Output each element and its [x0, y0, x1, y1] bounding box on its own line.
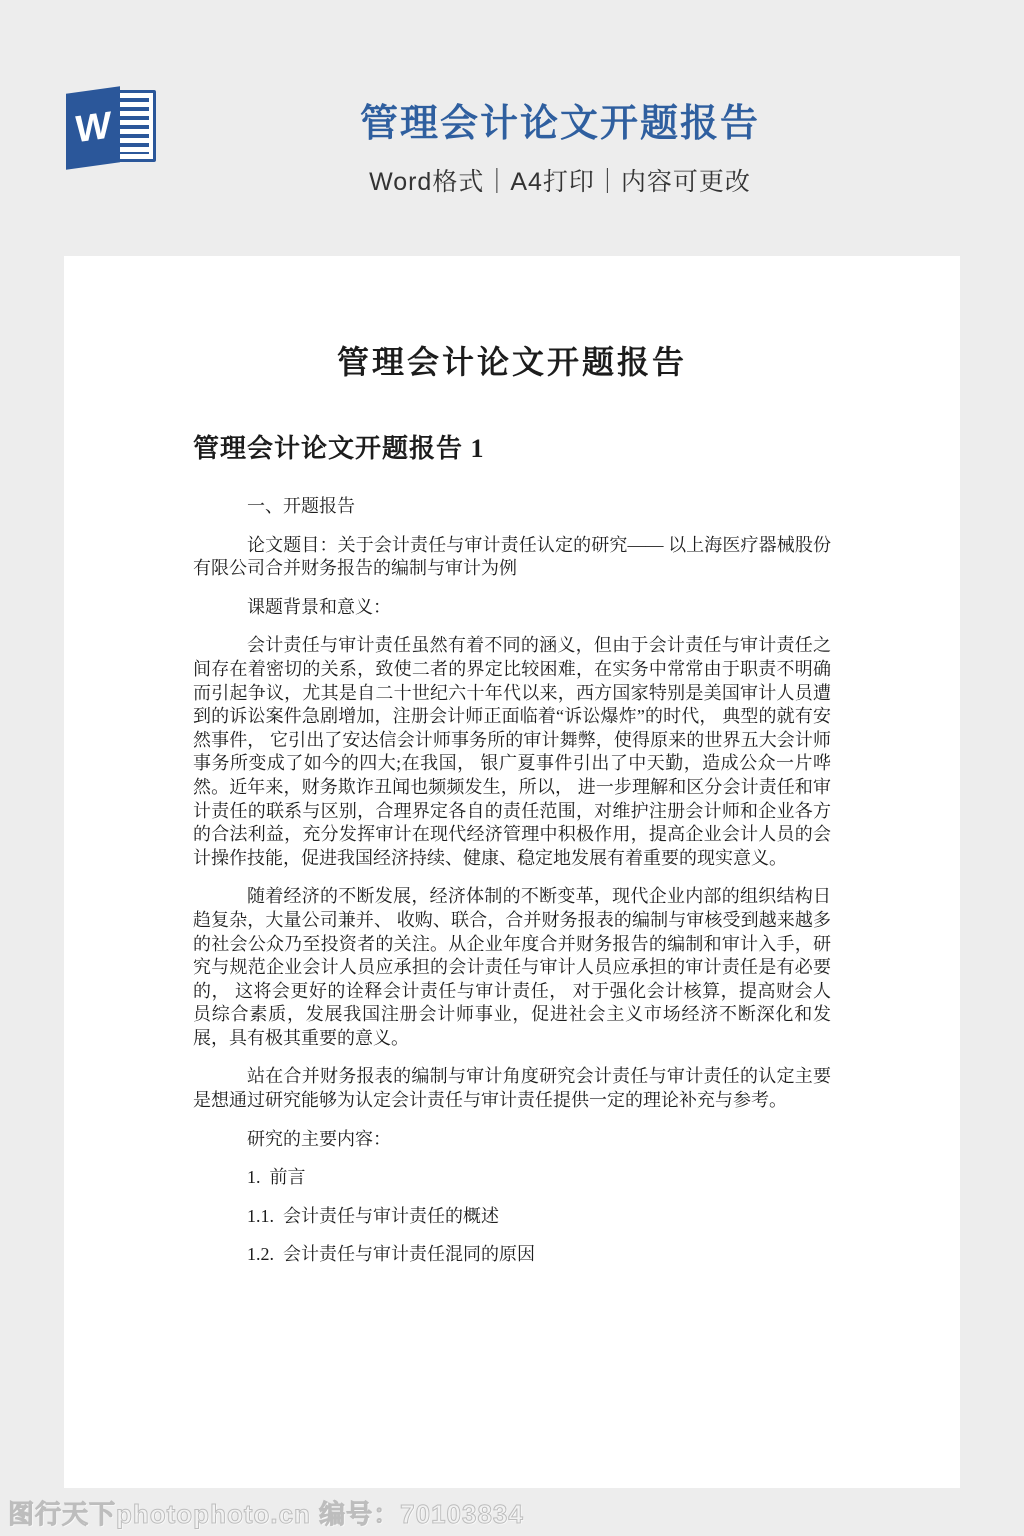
- header-subtitle: Word格式｜A4打印｜内容可更改: [96, 162, 1024, 198]
- document-body: 一、开题报告 论文题目：关于会计责任与审计责任认定的研究—— 以上海医疗器械股份…: [193, 495, 831, 1267]
- document-title: 管理会计论文开题报告: [193, 342, 831, 382]
- document-heading: 管理会计论文开题报告 1: [193, 428, 831, 465]
- header-banner: W 管理会计论文开题报告 Word格式｜A4打印｜内容可更改: [0, 0, 1024, 256]
- site-watermark: 图行天下photophoto.cn 编号：70103834: [8, 1494, 524, 1531]
- document-paragraph: 研究的主要内容：: [193, 1128, 831, 1152]
- document-paragraph: 站在合并财务报表的编制与审计角度研究会计责任与审计责任的认定主要是想通过研究能够…: [193, 1065, 831, 1112]
- header-text-block: 管理会计论文开题报告 Word格式｜A4打印｜内容可更改: [0, 92, 1024, 198]
- document-paragraph: 课题背景和意义：: [193, 596, 831, 620]
- document-page: 管理会计论文开题报告 管理会计论文开题报告 1 一、开题报告 论文题目：关于会计…: [64, 256, 960, 1488]
- document-paragraph: 一、开题报告: [193, 495, 831, 519]
- document-list-item: 1.2. 会计责任与审计责任混同的原因: [193, 1243, 831, 1267]
- document-list-item: 1.1. 会计责任与审计责任的概述: [193, 1205, 831, 1229]
- document-list-item: 1. 前言: [193, 1166, 831, 1190]
- header-title: 管理会计论文开题报告: [96, 92, 1024, 147]
- document-paragraph: 论文题目：关于会计责任与审计责任认定的研究—— 以上海医疗器械股份有限公司合并财…: [193, 534, 831, 581]
- document-paragraph: 随着经济的不断发展，经济体制的不断变革，现代企业内部的组织结构日趋复杂，大量公司…: [193, 885, 831, 1050]
- footer-strip: 图行天下photophoto.cn 编号：70103834: [0, 1488, 1024, 1536]
- document-paragraph: 会计责任与审计责任虽然有着不同的涵义，但由于会计责任与审计责任之间存在着密切的关…: [193, 634, 831, 870]
- page-background: { "page": { "background_color": "#ededed…: [0, 0, 1024, 1536]
